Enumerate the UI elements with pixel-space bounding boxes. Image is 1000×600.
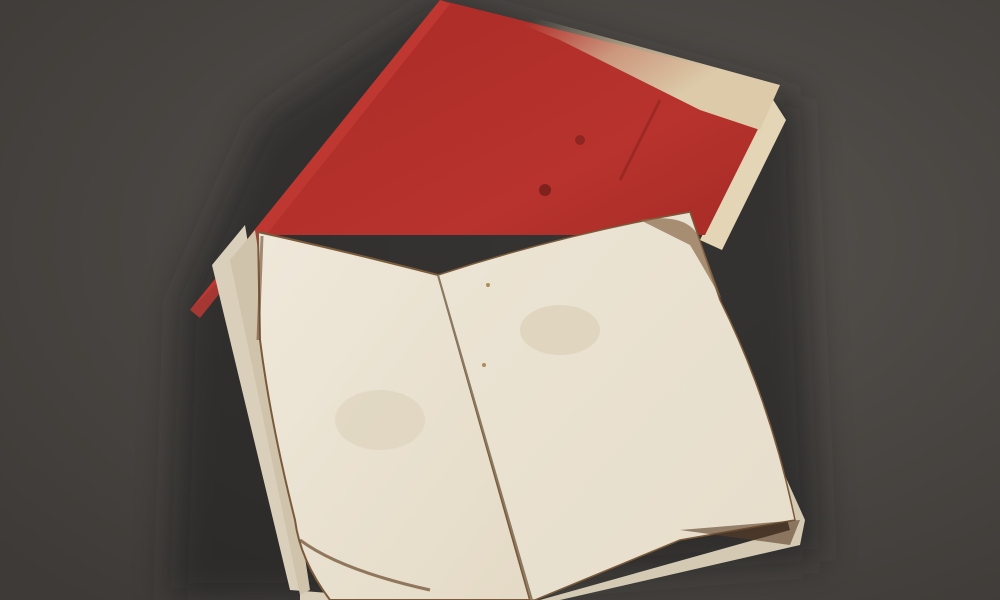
- books-photo: [0, 0, 1000, 600]
- photo-scene: [0, 0, 1000, 600]
